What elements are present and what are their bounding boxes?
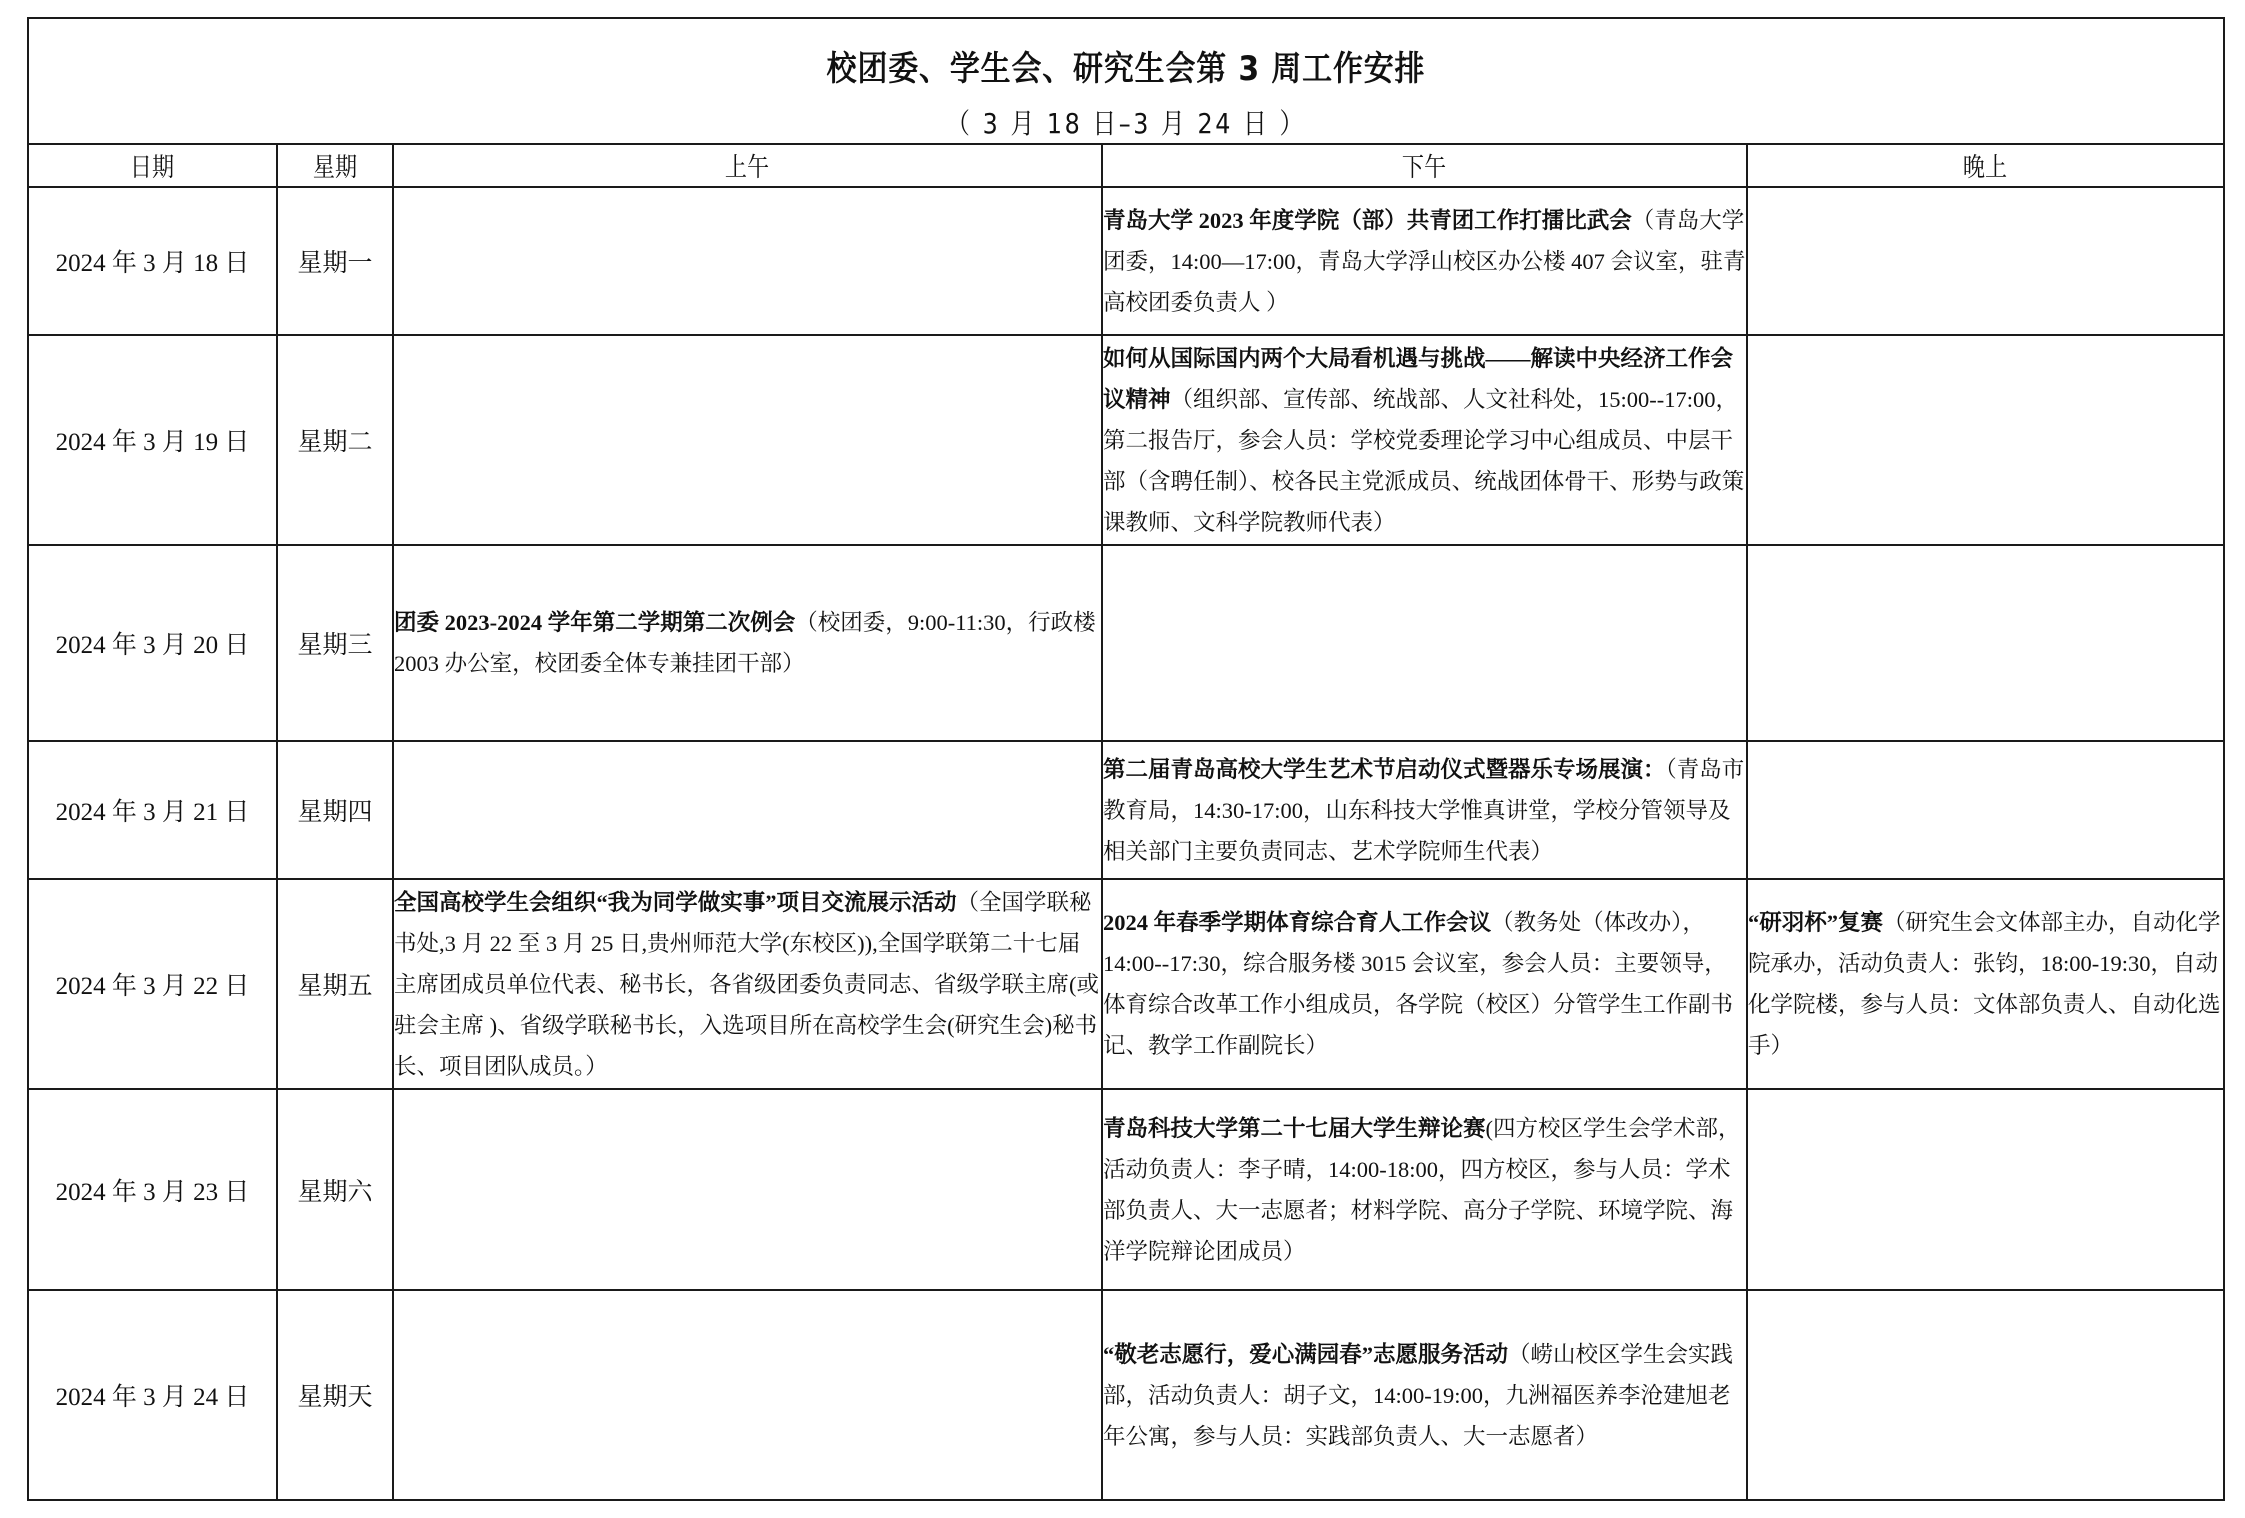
table-row: 2024 年 3 月 19 日 星期二 如何从国际国内两个大局看机遇与挑战——解… xyxy=(28,335,2224,545)
title-row: 校团委、学生会、研究生会第 3 周工作安排 （ 3 月 18 日–3 月 24 … xyxy=(28,18,2224,144)
table-row: 2024 年 3 月 22 日 星期五 全国高校学生会组织“我为同学做实事”项目… xyxy=(28,879,2224,1089)
afternoon-cell: 如何从国际国内两个大局看机遇与挑战——解读中央经济工作会议精神（组织部、宣传部、… xyxy=(1102,335,1747,545)
table-row: 2024 年 3 月 20 日 星期三 团委 2023-2024 学年第二学期第… xyxy=(28,545,2224,741)
afternoon-cell: 青岛大学 2023 年度学院（部）共青团工作打擂比武会（青岛大学团委，14:00… xyxy=(1102,187,1747,335)
header-label: 下午 xyxy=(1402,147,1446,184)
afternoon-cell: 青岛科技大学第二十七届大学生辩论赛(四方校区学生会学术部，活动负责人：李子晴，1… xyxy=(1102,1089,1747,1290)
table-row: 2024 年 3 月 23 日 星期六 青岛科技大学第二十七届大学生辩论赛(四方… xyxy=(28,1089,2224,1290)
morning-cell: 全国高校学生会组织“我为同学做实事”项目交流展示活动（全国学联秘书处,3 月 2… xyxy=(393,879,1102,1089)
document-subtitle: （ 3 月 18 日–3 月 24 日 ） xyxy=(194,102,2059,142)
evening-cell xyxy=(1747,1089,2224,1290)
weekday-cell: 星期五 xyxy=(277,879,393,1089)
evening-cell xyxy=(1747,335,2224,545)
header-afternoon: 下午 xyxy=(1102,144,1747,187)
event-title: 2024 年春季学期体育综合育人工作会议 xyxy=(1103,910,1491,935)
weekday-cell: 星期三 xyxy=(277,545,393,741)
header-row: 日期 星期 上午 下午 晚上 xyxy=(28,144,2224,187)
morning-cell: 团委 2023-2024 学年第二学期第二次例会（校团委，9:00-11:30，… xyxy=(393,545,1102,741)
event-title: 青岛大学 2023 年度学院（部）共青团工作打擂比武会 xyxy=(1103,208,1632,233)
event-title: 第二届青岛高校大学生艺术节启动仪式暨器乐专场展演： xyxy=(1103,757,1666,782)
event-title: 团委 2023-2024 学年第二学期第二次例会 xyxy=(394,610,795,635)
event-title: “敬老志愿行，爱心满园春”志愿服务活动 xyxy=(1103,1342,1508,1367)
weekday-cell: 星期二 xyxy=(277,335,393,545)
date-cell: 2024 年 3 月 20 日 xyxy=(28,545,277,741)
morning-cell xyxy=(393,1290,1102,1500)
morning-cell xyxy=(393,335,1102,545)
title-cell: 校团委、学生会、研究生会第 3 周工作安排 （ 3 月 18 日–3 月 24 … xyxy=(28,18,2224,144)
date-cell: 2024 年 3 月 22 日 xyxy=(28,879,277,1089)
table-row: 2024 年 3 月 21 日 星期四 第二届青岛高校大学生艺术节启动仪式暨器乐… xyxy=(28,741,2224,879)
schedule-table: 校团委、学生会、研究生会第 3 周工作安排 （ 3 月 18 日–3 月 24 … xyxy=(27,17,2225,1501)
morning-cell xyxy=(393,741,1102,879)
evening-cell xyxy=(1747,545,2224,741)
afternoon-cell xyxy=(1102,545,1747,741)
header-evening: 晚上 xyxy=(1747,144,2224,187)
table-row: 2024 年 3 月 24 日 星期天 “敬老志愿行，爱心满园春”志愿服务活动（… xyxy=(28,1290,2224,1500)
afternoon-cell: 2024 年春季学期体育综合育人工作会议（教务处（体改办），14:00--17:… xyxy=(1102,879,1747,1089)
date-cell: 2024 年 3 月 24 日 xyxy=(28,1290,277,1500)
header-label: 晚上 xyxy=(1963,147,2007,184)
header-label: 星期 xyxy=(313,147,357,184)
header-label: 上午 xyxy=(725,147,769,184)
date-cell: 2024 年 3 月 23 日 xyxy=(28,1089,277,1290)
afternoon-cell: 第二届青岛高校大学生艺术节启动仪式暨器乐专场展演：（青岛市教育局，14:30-1… xyxy=(1102,741,1747,879)
date-cell: 2024 年 3 月 18 日 xyxy=(28,187,277,335)
weekday-cell: 星期四 xyxy=(277,741,393,879)
header-morning: 上午 xyxy=(393,144,1102,187)
table-row: 2024 年 3 月 18 日 星期一 青岛大学 2023 年度学院（部）共青团… xyxy=(28,187,2224,335)
event-title: 全国高校学生会组织“我为同学做实事”项目交流展示活动 xyxy=(394,890,957,915)
weekday-cell: 星期六 xyxy=(277,1089,393,1290)
header-label: 日期 xyxy=(130,147,174,184)
header-weekday: 星期 xyxy=(277,144,393,187)
date-cell: 2024 年 3 月 21 日 xyxy=(28,741,277,879)
date-cell: 2024 年 3 月 19 日 xyxy=(28,335,277,545)
event-title: 青岛科技大学第二十七届大学生辩论赛 xyxy=(1103,1116,1486,1141)
event-details: （全国学联秘书处,3 月 22 至 3 月 25 日,贵州师范大学(东校区)),… xyxy=(394,890,1099,1079)
event-title: “研羽杯”复赛 xyxy=(1748,910,1883,935)
afternoon-cell: “敬老志愿行，爱心满园春”志愿服务活动（崂山校区学生会实践部，活动负责人：胡子文… xyxy=(1102,1290,1747,1500)
weekday-cell: 星期一 xyxy=(277,187,393,335)
evening-cell xyxy=(1747,1290,2224,1500)
header-date: 日期 xyxy=(28,144,277,187)
morning-cell xyxy=(393,187,1102,335)
evening-cell: “研羽杯”复赛（研究生会文体部主办，自动化学院承办，活动负责人：张钧，18:00… xyxy=(1747,879,2224,1089)
document-title: 校团委、学生会、研究生会第 3 周工作安排 xyxy=(161,41,2092,90)
event-details: （组织部、宣传部、统战部、人文社科处，15:00--17:00，第二报告厅，参会… xyxy=(1103,387,1744,535)
morning-cell xyxy=(393,1089,1102,1290)
weekday-cell: 星期天 xyxy=(277,1290,393,1500)
evening-cell xyxy=(1747,741,2224,879)
evening-cell xyxy=(1747,187,2224,335)
